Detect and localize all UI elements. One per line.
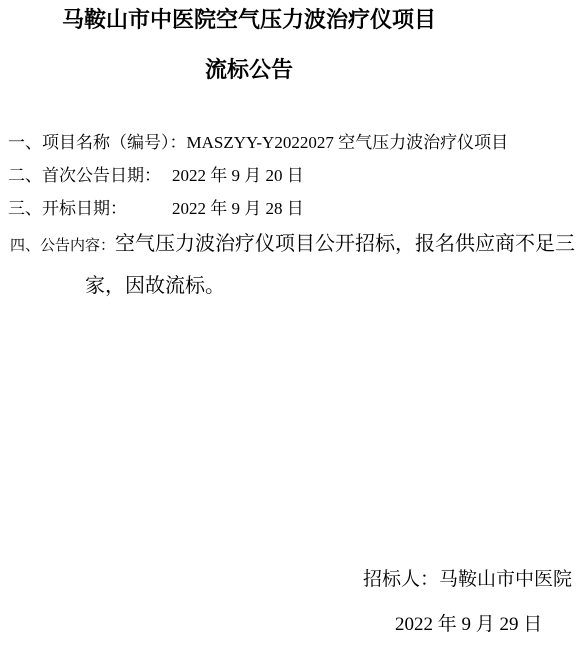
clause-announcement-content-value: 空气压力波治疗仪项目公开招标，报名供应商不足三 xyxy=(115,233,575,255)
document-title: 马鞍山市中医院空气压力波治疗仪项目 xyxy=(0,8,498,34)
clause-announcement-content-label: 四、公告内容： xyxy=(10,238,115,254)
document-subtitle: 流标公告 xyxy=(0,58,498,84)
clause-announcement-content: 四、公告内容：空气压力波治疗仪项目公开招标，报名供应商不足三 xyxy=(10,234,581,256)
clause-project-name: 一、项目名称（编号）：MASZYY-Y2022027 空气压力波治疗仪项目 xyxy=(8,133,581,153)
clause-project-name-value: MASZYY-Y2022027 空气压力波治疗仪项目 xyxy=(187,133,509,152)
document-page: 马鞍山市中医院空气压力波治疗仪项目 流标公告 一、项目名称（编号）：MASZYY… xyxy=(0,0,581,649)
clause-bid-opening-date: 三、开标日期： 2022 年 9 月 28 日 xyxy=(8,199,581,219)
clause-project-name-label: 一、项目名称（编号）： xyxy=(8,133,187,152)
title-block: 马鞍山市中医院空气压力波治疗仪项目 流标公告 xyxy=(0,8,498,84)
clause-first-announcement-date-value: 2022 年 9 月 20 日 xyxy=(172,166,304,186)
footer-bidder-line: 招标人：马鞍山市中医院 xyxy=(363,568,572,591)
clause-bid-opening-date-label: 三、开标日期： xyxy=(8,199,127,218)
clause-bid-opening-date-value: 2022 年 9 月 28 日 xyxy=(172,199,304,219)
clause-announcement-content-continuation: 家，因故流标。 xyxy=(85,274,581,298)
clause-first-announcement-date-label: 二、首次公告日期： xyxy=(8,166,161,185)
clause-first-announcement-date: 二、首次公告日期： 2022 年 9 月 20 日 xyxy=(8,166,581,186)
footer-date-line: 2022 年 9 月 29 日 xyxy=(395,613,542,636)
